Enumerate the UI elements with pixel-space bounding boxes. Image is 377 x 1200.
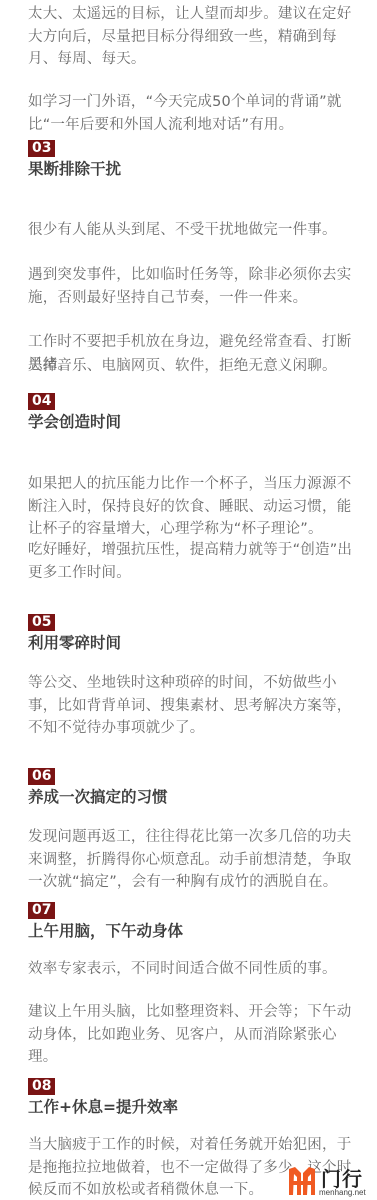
section-paragraph: 建议上午用头脑，比如整理资料、开会等；下午动动身体，比如跑业务、见客户，从而消除… [28, 1001, 353, 1069]
section-paragraph: 等公交、坐地铁时这种琐碎的时间，不妨做些小事，比如背背单词、搜集素材、思考解决方… [28, 672, 353, 740]
section-number-badge: 05 [28, 614, 55, 631]
section-paragraph: 如果把人的抗压能力比作一个杯子，当压力源源不断注入时，保持良好的饮食、睡眠、动运… [28, 473, 353, 541]
section-number-badge: 07 [28, 902, 55, 919]
section-paragraph: 效率专家表示，不同时间适合做不同性质的事。 [28, 958, 353, 981]
section-paragraph: 很少有人能从头到尾、不受干扰地做完一件事。 [28, 219, 353, 242]
article-page: 太大、太遥远的目标，让人望而却步。建议在定好大方向后，尽量把目标分得细致一些，精… [0, 0, 377, 1200]
section-title: 上午用脑，下午动身体 [28, 920, 183, 942]
section-title: 养成一次搞定的习惯 [28, 786, 168, 808]
section-title: 利用零碎时间 [28, 632, 121, 654]
intro-paragraph-1: 太大、太遥远的目标，让人望而却步。建议在定好大方向后，尽量把目标分得细致一些，精… [28, 3, 353, 71]
section-number-badge: 04 [28, 393, 55, 410]
section-title: 学会创造时间 [28, 411, 121, 433]
section-number-badge: 06 [28, 768, 55, 785]
menhang-logo-icon [287, 1165, 317, 1197]
section-paragraph: 遇到突发事件，比如临时任务等，除非必须你去实施，否则最好坚持自己节奏，一件一件来… [28, 264, 353, 309]
section-number-badge: 03 [28, 140, 55, 157]
section-title: 工作+休息=提升效率 [28, 1096, 178, 1118]
section-paragraph: 发现问题再返工，往往得花比第一次多几倍的功夫来调整，折腾得你心烦意乱。动手前想清… [28, 826, 353, 894]
intro-paragraph-2: 如学习一门外语，“今天完成50个单词的背诵”就比“一年后要和外国人流利地对话”有… [28, 91, 353, 136]
section-paragraph: 吃好睡好，增强抗压性，提高精力就等于“创造”出更多工作时间。 [28, 539, 353, 584]
watermark-url: menhang.net [319, 1188, 366, 1197]
section-paragraph: 关掉音乐、电脑网页、软件，拒绝无意义闲聊。 [28, 355, 353, 378]
section-number-badge: 08 [28, 1078, 55, 1095]
watermark: 门行 menhang.net [287, 1163, 377, 1200]
section-title: 果断排除干扰 [28, 158, 121, 180]
